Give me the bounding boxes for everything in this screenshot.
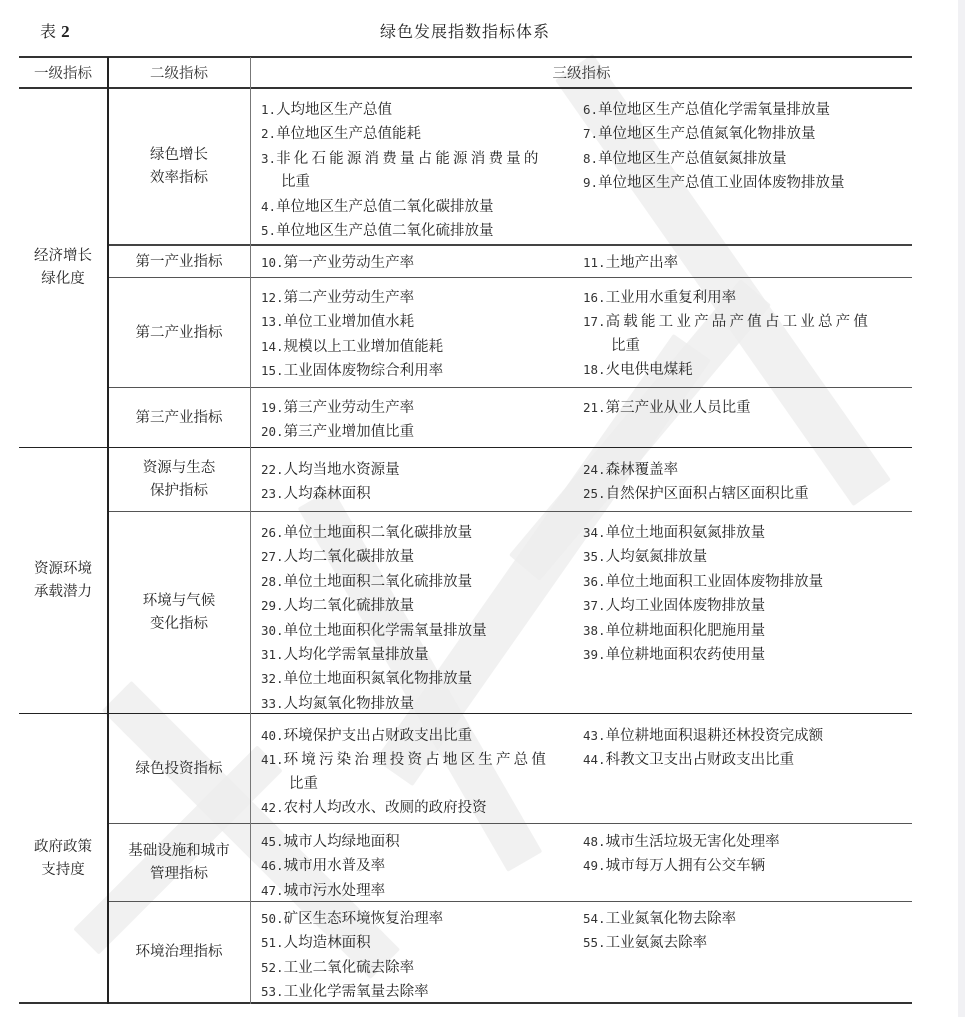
indicator-list-right: 24.森林覆盖率 25.自然保护区面积占辖区面积比重 (583, 458, 908, 507)
level2-cell: 第三产业指标 (108, 388, 250, 448)
indicator-text: 表 (40, 22, 56, 41)
indicator-text: 第一产业指标 (136, 251, 223, 274)
indicator-number: 15. (261, 363, 284, 378)
indicator-number: 40. (261, 728, 284, 743)
indicator-number: 33. (261, 696, 284, 711)
indicator-item: 9.单位地区生产总值工业固体废物排放量 (583, 171, 908, 195)
indicator-text: 绿色增长 效率指标 (150, 144, 208, 190)
indicator-list-left: 12.第二产业劳动生产率 13.单位工业增加值水耗 14.规模以上工业增加值能耗… (261, 286, 576, 384)
indicator-text: 单位地区生产总值氮氧化物排放量 (598, 126, 816, 142)
indicator-item: 28.单位土地面积二氧化硫排放量 (261, 570, 576, 594)
indicator-text: 单位耕地面积化肥施用量 (606, 623, 766, 639)
indicator-text: 单位地区生产总值能耗 (276, 126, 421, 142)
indicator-number: 37. (583, 598, 606, 613)
indicator-item: 20.第三产业增加值比重 (261, 420, 576, 444)
indicator-text: 单位耕地面积农药使用量 (606, 647, 766, 663)
indicator-number: 32. (261, 671, 284, 686)
indicator-item: 8.单位地区生产总值氨氮排放量 (583, 147, 908, 171)
indicator-text: 自然保护区面积占辖区面积比重 (606, 486, 809, 502)
header-level3: 三级指标 (251, 62, 912, 86)
indicator-number: 50. (261, 911, 284, 926)
level2-cell: 环境治理指标 (108, 902, 250, 1003)
level2-cell: 第二产业指标 (108, 278, 250, 388)
header-level1: 一级指标 (19, 62, 107, 86)
level2-cell: 第一产业指标 (108, 246, 250, 278)
indicator-text: 第三产业增加值比重 (284, 424, 415, 440)
indicator-text: 单位工业增加值水耗 (284, 314, 415, 330)
indicator-number: 28. (261, 574, 284, 589)
indicator-number: 10. (261, 255, 284, 270)
indicator-text: 单位地区生产总值氨氮排放量 (598, 151, 787, 167)
indicator-item: 24.森林覆盖率 (583, 458, 908, 482)
indicator-text: 城市每万人拥有公交车辆 (606, 858, 766, 874)
indicator-text: 单位土地面积二氧化硫排放量 (284, 574, 473, 590)
indicator-text: 工业化学需氧量去除率 (284, 984, 429, 1000)
level1-cell: 资源环境 承载潜力 (19, 448, 107, 713)
indicator-text: 环境污染治理投资占地区生产总值 (284, 752, 550, 768)
indicator-text: 单位耕地面积退耕还林投资完成额 (606, 728, 824, 744)
indicator-item: 42.农村人均改水、改厕的政府投资 (261, 796, 576, 820)
indicator-text: 第三产业劳动生产率 (284, 400, 415, 416)
indicator-list-right: 34.单位土地面积氨氮排放量 35.人均氨氮排放量 36.单位土地面积工业固体废… (583, 521, 908, 667)
level1-cell: 政府政策 支持度 (19, 714, 107, 1003)
indicator-text: 单位土地面积氨氮排放量 (606, 525, 766, 541)
indicator-number: 49. (583, 858, 606, 873)
indicator-number: 9. (583, 175, 598, 190)
indicator-item: 30.单位土地面积化学需氧量排放量 (261, 619, 576, 643)
indicator-number: 11. (583, 255, 606, 270)
indicator-text-continued: 比重 (261, 773, 576, 796)
indicator-number: 5. (261, 223, 276, 238)
indicator-item: 5.单位地区生产总值二氧化硫排放量 (261, 219, 576, 243)
indicator-text: 资源环境 承载潜力 (34, 558, 92, 604)
indicator-text: 人均二氧化碳排放量 (284, 549, 415, 565)
indicator-number: 22. (261, 462, 284, 477)
indicator-number: 19. (261, 400, 284, 415)
indicator-item: 7.单位地区生产总值氮氧化物排放量 (583, 122, 908, 146)
indicator-list-right: 16.工业用水重复利用率 17.高载能工业产品产值占工业总产值比重 18.火电供… (583, 286, 908, 383)
indicator-text: 第二产业劳动生产率 (284, 290, 415, 306)
indicator-number: 26. (261, 525, 284, 540)
indicator-number: 54. (583, 911, 606, 926)
indicator-number: 21. (583, 400, 606, 415)
indicator-item: 51.人均造林面积 (261, 931, 576, 955)
indicator-text: 2 (61, 22, 70, 41)
indicator-list-left: 45.城市人均绿地面积 46.城市用水普及率 47.城市污水处理率 (261, 830, 576, 903)
indicator-item: 23.人均森林面积 (261, 482, 576, 506)
indicator-number: 8. (583, 151, 598, 166)
indicator-text: 人均当地水资源量 (284, 462, 400, 478)
level2-cell: 绿色增长 效率指标 (108, 88, 250, 245)
indicator-number: 17. (583, 314, 606, 329)
indicator-item: 44.科教文卫支出占财政支出比重 (583, 748, 908, 772)
indicator-number: 4. (261, 199, 276, 214)
indicator-list-left: 22.人均当地水资源量 23.人均森林面积 (261, 458, 576, 507)
indicator-text: 农村人均改水、改厕的政府投资 (284, 800, 487, 816)
indicator-number: 6. (583, 102, 598, 117)
indicator-number: 16. (583, 290, 606, 305)
indicator-text: 人均氨氮排放量 (606, 549, 708, 565)
indicator-item: 49.城市每万人拥有公交车辆 (583, 854, 908, 878)
indicator-text: 工业氮氧化物去除率 (606, 911, 737, 927)
indicator-item: 32.单位土地面积氮氧化物排放量 (261, 667, 576, 691)
indicator-item: 27.人均二氧化碳排放量 (261, 545, 576, 569)
indicator-text: 环境保护支出占财政支出比重 (284, 728, 473, 744)
indicator-text: 人均造林面积 (284, 935, 371, 951)
indicator-list-left: 1.人均地区生产总值 2.单位地区生产总值能耗 3.非化石能源消费量占能源消费量… (261, 98, 576, 243)
indicator-item: 15.工业固体废物综合利用率 (261, 359, 576, 383)
indicator-text: 城市生活垃圾无害化处理率 (606, 834, 780, 850)
indicator-number: 23. (261, 486, 284, 501)
indicator-text: 单位土地面积氮氧化物排放量 (284, 671, 473, 687)
indicator-text: 城市污水处理率 (284, 883, 386, 899)
indicator-item: 47.城市污水处理率 (261, 879, 576, 903)
indicator-list-left: 26.单位土地面积二氧化碳排放量 27.人均二氧化碳排放量 28.单位土地面积二… (261, 521, 576, 716)
table-top-rule (19, 56, 912, 58)
indicator-text: 第三产业指标 (136, 407, 223, 430)
indicator-number: 2. (261, 126, 276, 141)
indicator-text: 非化石能源消费量占能源消费量的 (276, 151, 542, 167)
indicator-text: 绿色投资指标 (136, 758, 223, 781)
indicator-item: 1.人均地区生产总值 (261, 98, 576, 122)
indicator-item: 4.单位地区生产总值二氧化碳排放量 (261, 195, 576, 219)
indicator-number: 41. (261, 752, 284, 767)
indicator-number: 25. (583, 486, 606, 501)
indicator-text: 经济增长 绿化度 (34, 245, 92, 291)
indicator-text: 矿区生态环境恢复治理率 (284, 911, 444, 927)
indicator-text: 环境治理指标 (136, 941, 223, 964)
indicator-text: 工业二氧化硫去除率 (284, 960, 415, 976)
indicator-item: 41.环境污染治理投资占地区生产总值比重 (261, 748, 576, 796)
indicator-item: 25.自然保护区面积占辖区面积比重 (583, 482, 908, 506)
indicator-number: 30. (261, 623, 284, 638)
indicator-number: 35. (583, 549, 606, 564)
indicator-item: 14.规模以上工业增加值能耗 (261, 335, 576, 359)
indicator-item: 13.单位工业增加值水耗 (261, 310, 576, 334)
indicator-item: 33.人均氮氧化物排放量 (261, 692, 576, 716)
indicator-number: 47. (261, 883, 284, 898)
indicator-text: 人均氮氧化物排放量 (284, 696, 415, 712)
indicator-item: 36.单位土地面积工业固体废物排放量 (583, 570, 908, 594)
indicator-text: 第一产业劳动生产率 (284, 255, 415, 271)
indicator-number: 45. (261, 834, 284, 849)
indicator-item: 50.矿区生态环境恢复治理率 (261, 907, 576, 931)
indicator-text: 单位土地面积工业固体废物排放量 (606, 574, 824, 590)
indicator-number: 36. (583, 574, 606, 589)
indicator-list-right: 21.第三产业从业人员比重 (583, 396, 908, 420)
indicator-list-right: 11.土地产出率 (583, 251, 908, 275)
indicator-text: 资源与生态 保护指标 (143, 457, 216, 503)
indicator-text: 人均二氧化硫排放量 (284, 598, 415, 614)
indicator-number: 43. (583, 728, 606, 743)
indicator-number: 55. (583, 935, 606, 950)
indicator-text: 规模以上工业增加值能耗 (284, 339, 444, 355)
indicator-item: 45.城市人均绿地面积 (261, 830, 576, 854)
indicator-item: 29.人均二氧化硫排放量 (261, 594, 576, 618)
indicator-text: 工业固体废物综合利用率 (284, 363, 444, 379)
indicator-item: 2.单位地区生产总值能耗 (261, 122, 576, 146)
indicator-item: 6.单位地区生产总值化学需氧量排放量 (583, 98, 908, 122)
indicator-item: 43.单位耕地面积退耕还林投资完成额 (583, 724, 908, 748)
indicator-number: 12. (261, 290, 284, 305)
indicator-number: 18. (583, 362, 606, 377)
indicator-number: 20. (261, 424, 284, 439)
indicator-item: 12.第二产业劳动生产率 (261, 286, 576, 310)
indicator-number: 38. (583, 623, 606, 638)
indicator-text: 火电供电煤耗 (606, 362, 693, 378)
table-number: 表 2 (40, 19, 70, 42)
indicator-list-right: 48.城市生活垃圾无害化处理率 49.城市每万人拥有公交车辆 (583, 830, 908, 879)
indicator-item: 3.非化石能源消费量占能源消费量的比重 (261, 147, 576, 195)
indicator-list-right: 6.单位地区生产总值化学需氧量排放量 7.单位地区生产总值氮氧化物排放量 8.单… (583, 98, 908, 196)
indicator-number: 34. (583, 525, 606, 540)
level2-cell: 环境与气候 变化指标 (108, 512, 250, 713)
indicator-item: 38.单位耕地面积化肥施用量 (583, 619, 908, 643)
indicator-item: 10.第一产业劳动生产率 (261, 251, 576, 275)
indicator-number: 27. (261, 549, 284, 564)
header-level2: 二级指标 (108, 62, 250, 86)
indicator-number: 31. (261, 647, 284, 662)
indicator-text: 单位土地面积二氧化碳排放量 (284, 525, 473, 541)
indicator-text: 工业用水重复利用率 (606, 290, 737, 306)
indicator-text: 城市人均绿地面积 (284, 834, 400, 850)
indicator-number: 13. (261, 314, 284, 329)
indicator-text: 人均工业固体废物排放量 (606, 598, 766, 614)
indicator-text: 高载能工业产品产值占工业总产值 (606, 314, 872, 330)
indicator-text: 人均地区生产总值 (276, 102, 392, 118)
indicator-number: 42. (261, 800, 284, 815)
indicator-item: 19.第三产业劳动生产率 (261, 396, 576, 420)
indicator-text: 单位地区生产总值二氧化碳排放量 (276, 199, 494, 215)
indicator-item: 35.人均氨氮排放量 (583, 545, 908, 569)
indicator-item: 21.第三产业从业人员比重 (583, 396, 908, 420)
column-divider-2 (250, 57, 251, 1004)
indicator-text: 城市用水普及率 (284, 858, 386, 874)
indicator-number: 44. (583, 752, 606, 767)
indicator-text: 单位地区生产总值二氧化硫排放量 (276, 223, 494, 239)
indicator-number: 29. (261, 598, 284, 613)
indicator-text-continued: 比重 (261, 171, 576, 194)
indicator-item: 16.工业用水重复利用率 (583, 286, 908, 310)
indicator-text: 森林覆盖率 (606, 462, 679, 478)
indicator-text: 环境与气候 变化指标 (143, 590, 216, 636)
indicator-item: 31.人均化学需氧量排放量 (261, 643, 576, 667)
level2-cell: 绿色投资指标 (108, 714, 250, 824)
indicator-item: 17.高载能工业产品产值占工业总产值比重 (583, 310, 908, 358)
indicator-text-continued: 比重 (583, 335, 908, 358)
indicator-list-left: 19.第三产业劳动生产率 20.第三产业增加值比重 (261, 396, 576, 445)
indicator-number: 52. (261, 960, 284, 975)
indicator-item: 52.工业二氧化硫去除率 (261, 956, 576, 980)
page-edge-strip (958, 0, 965, 1017)
indicator-text: 第三产业从业人员比重 (606, 400, 751, 416)
indicator-text: 单位土地面积化学需氧量排放量 (284, 623, 487, 639)
indicator-number: 53. (261, 984, 284, 999)
indicator-number: 24. (583, 462, 606, 477)
indicator-text: 基础设施和城市 管理指标 (128, 840, 230, 886)
indicator-item: 37.人均工业固体废物排放量 (583, 594, 908, 618)
indicator-text: 政府政策 支持度 (34, 836, 92, 882)
indicator-text: 单位地区生产总值化学需氧量排放量 (598, 102, 830, 118)
indicator-number: 7. (583, 126, 598, 141)
indicator-text: 人均森林面积 (284, 486, 371, 502)
indicator-number: 3. (261, 151, 276, 166)
indicator-text: 人均化学需氧量排放量 (284, 647, 429, 663)
indicator-item: 39.单位耕地面积农药使用量 (583, 643, 908, 667)
indicator-text: 工业氨氮去除率 (606, 935, 708, 951)
indicator-number: 46. (261, 858, 284, 873)
indicator-text: 单位地区生产总值工业固体废物排放量 (598, 175, 845, 191)
indicator-number: 14. (261, 339, 284, 354)
table-title: 绿色发展指数指标体系 (250, 19, 680, 42)
indicator-number: 1. (261, 102, 276, 117)
indicator-item: 26.单位土地面积二氧化碳排放量 (261, 521, 576, 545)
indicator-list-right: 54.工业氮氧化物去除率 55.工业氨氮去除率 (583, 907, 908, 956)
indicator-item: 55.工业氨氮去除率 (583, 931, 908, 955)
indicator-item: 18.火电供电煤耗 (583, 358, 908, 382)
indicator-list-left: 10.第一产业劳动生产率 (261, 251, 576, 275)
indicator-text: 土地产出率 (606, 255, 679, 271)
level2-cell: 基础设施和城市 管理指标 (108, 824, 250, 902)
indicator-item: 11.土地产出率 (583, 251, 908, 275)
indicator-item: 34.单位土地面积氨氮排放量 (583, 521, 908, 545)
indicator-item: 40.环境保护支出占财政支出比重 (261, 724, 576, 748)
indicator-item: 53.工业化学需氧量去除率 (261, 980, 576, 1004)
indicator-list-left: 40.环境保护支出占财政支出比重 41.环境污染治理投资占地区生产总值比重 42… (261, 724, 576, 821)
indicator-list-left: 50.矿区生态环境恢复治理率 51.人均造林面积 52.工业二氧化硫去除率 53… (261, 907, 576, 1005)
indicator-item: 22.人均当地水资源量 (261, 458, 576, 482)
indicator-list-right: 43.单位耕地面积退耕还林投资完成额 44.科教文卫支出占财政支出比重 (583, 724, 908, 773)
indicator-item: 48.城市生活垃圾无害化处理率 (583, 830, 908, 854)
indicator-number: 48. (583, 834, 606, 849)
level1-cell: 经济增长 绿化度 (19, 88, 107, 448)
indicator-item: 54.工业氮氧化物去除率 (583, 907, 908, 931)
indicator-text: 第二产业指标 (136, 322, 223, 345)
indicator-number: 39. (583, 647, 606, 662)
indicator-item: 46.城市用水普及率 (261, 854, 576, 878)
indicator-text: 科教文卫支出占财政支出比重 (606, 752, 795, 768)
level2-cell: 资源与生态 保护指标 (108, 448, 250, 512)
indicator-number: 51. (261, 935, 284, 950)
